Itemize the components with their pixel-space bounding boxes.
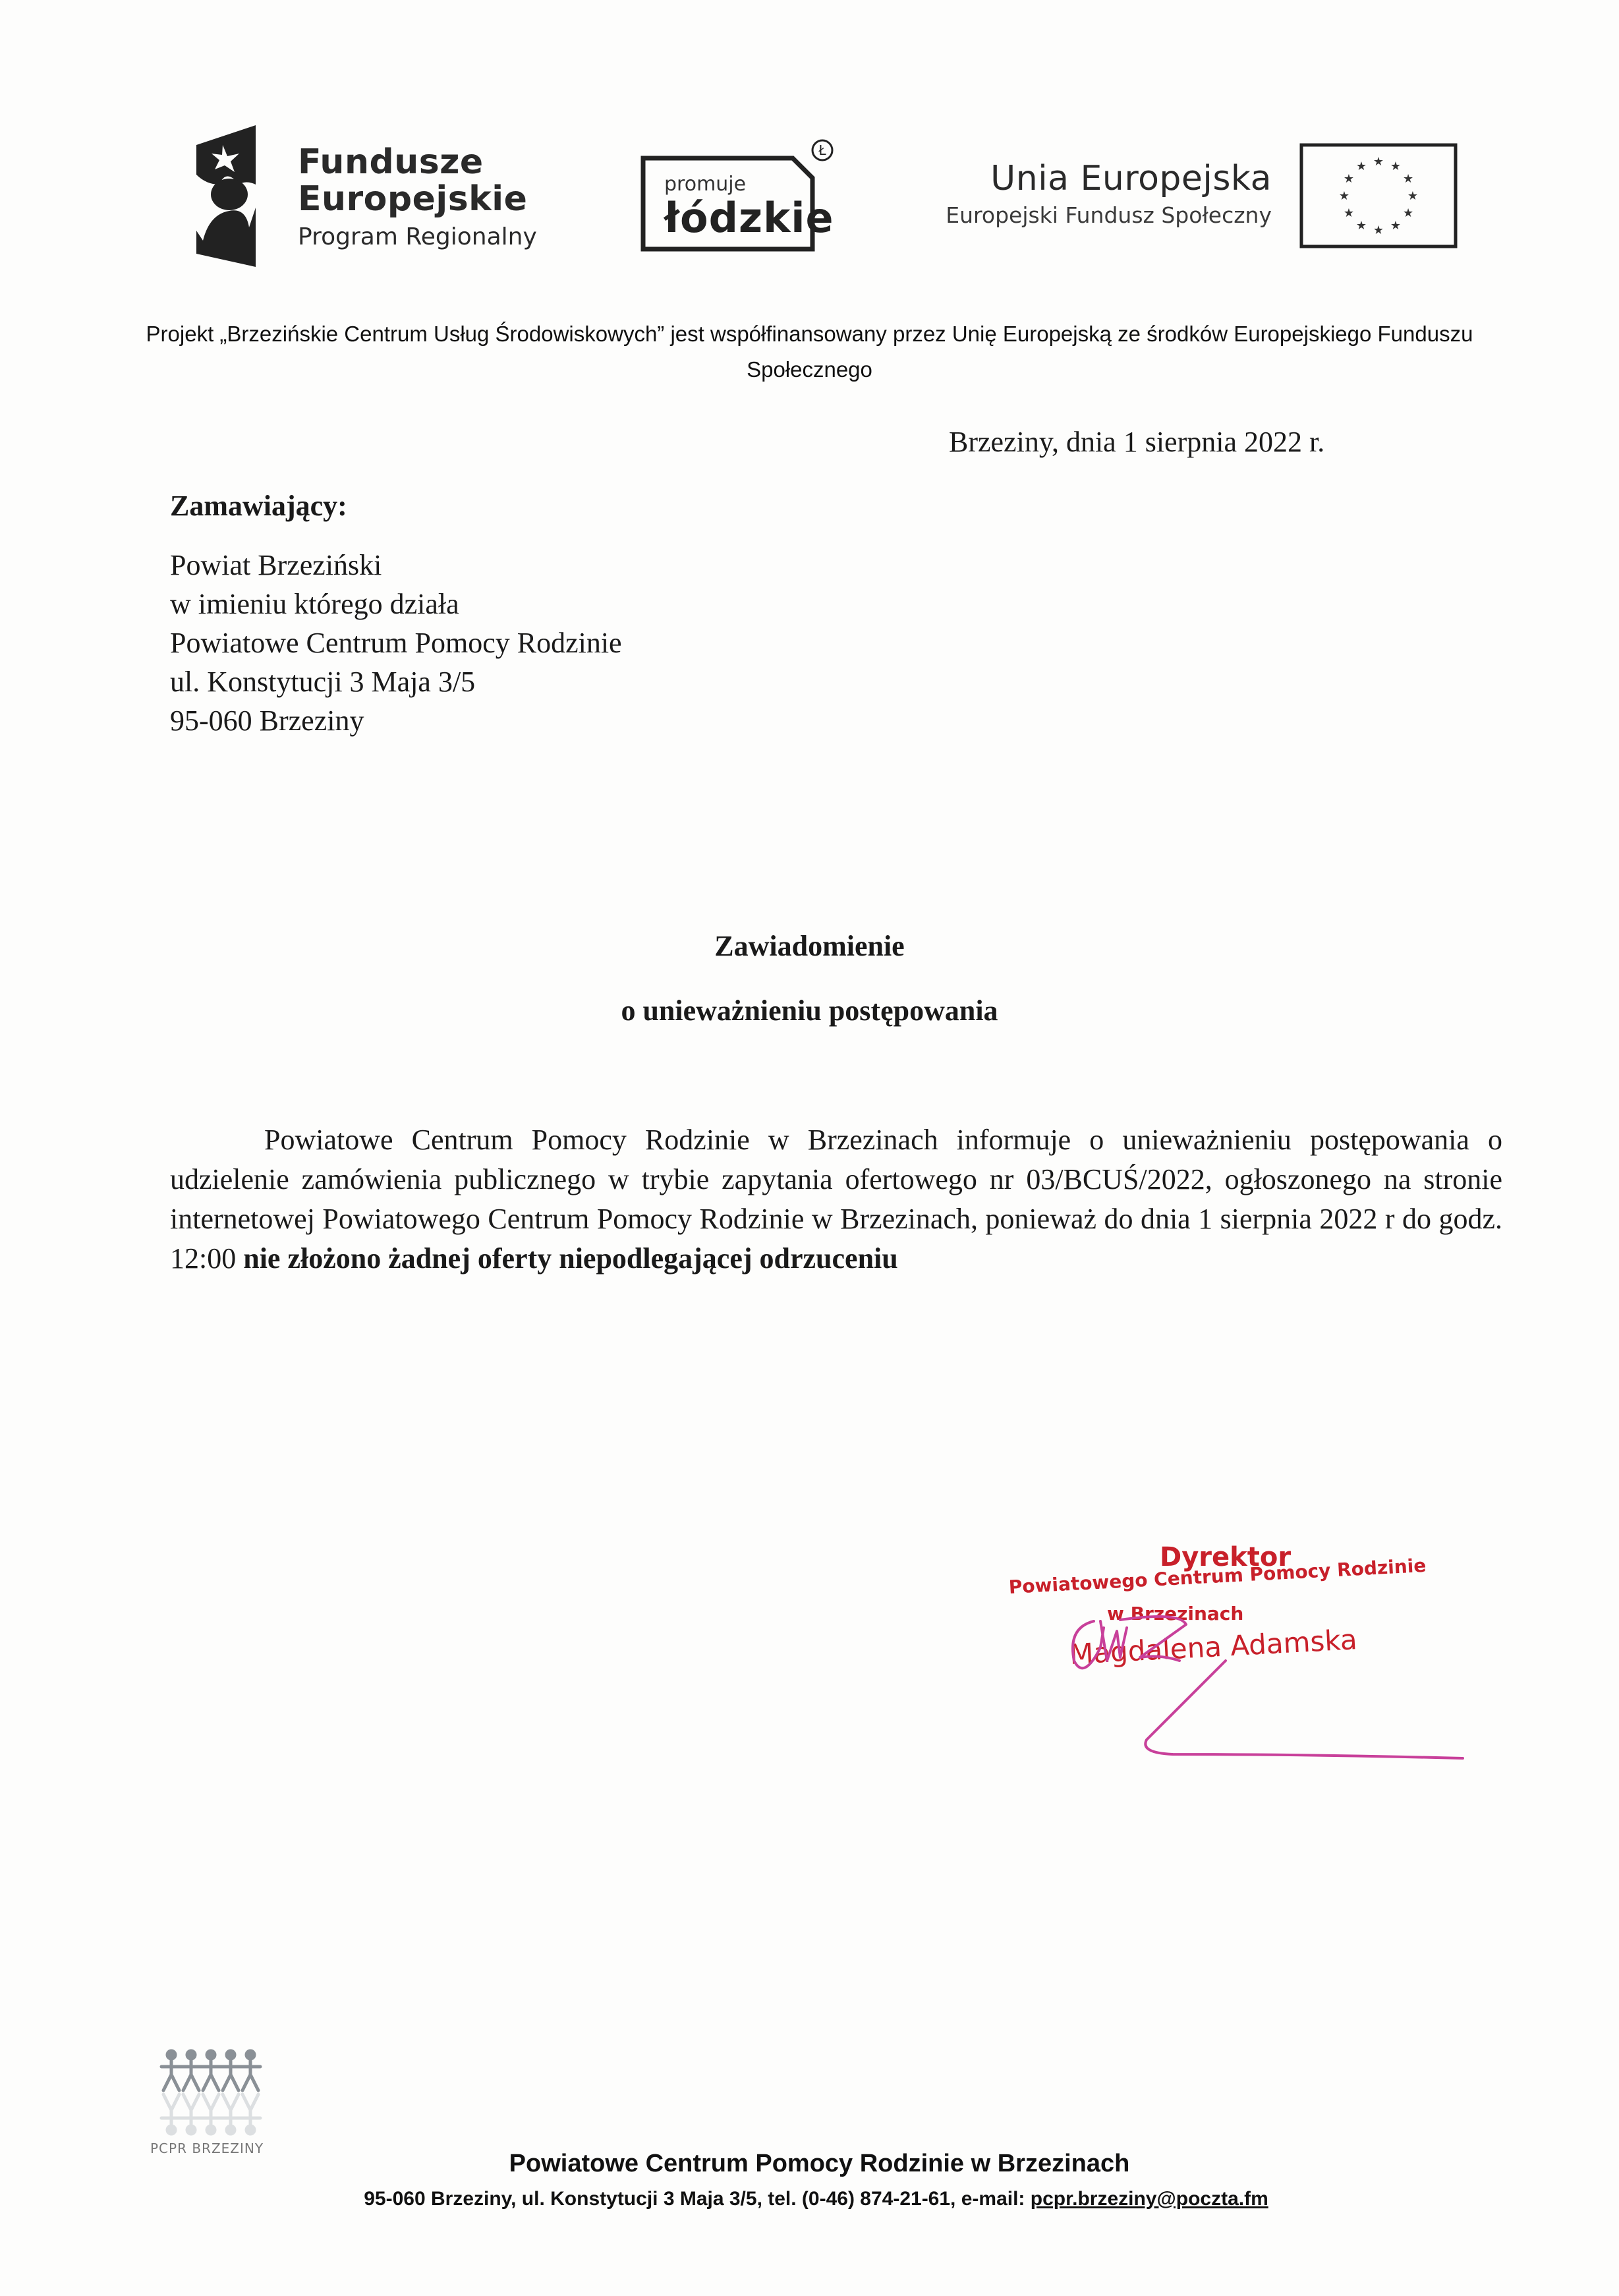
orderer-line: 95-060 Brzeziny bbox=[170, 701, 622, 740]
svg-text:★: ★ bbox=[1373, 155, 1384, 169]
svg-text:★: ★ bbox=[1390, 219, 1401, 233]
orderer-block: Zamawiający: Powiat Brzeziński w imieniu… bbox=[170, 486, 622, 740]
document-title: Zawiadomienie bbox=[0, 929, 1619, 963]
fe-line3: Program Regionalny bbox=[298, 220, 537, 254]
svg-text:★: ★ bbox=[1344, 172, 1354, 186]
orderer-line: Powiat Brzeziński bbox=[170, 546, 622, 585]
eu-subtitle: Europejski Fundusz Społeczny bbox=[923, 199, 1272, 232]
footer-institution-name: Powiatowe Centrum Pomocy Rodzinie w Brze… bbox=[0, 2150, 1619, 2178]
svg-text:★: ★ bbox=[1407, 189, 1418, 203]
pcpr-people-logo-icon bbox=[148, 2043, 267, 2148]
fundusze-europejskie-wordmark: Fundusze Europejskie Program Regionalny bbox=[298, 144, 537, 254]
footer-address: 95-060 Brzeziny, ul. Konstytucji 3 Maja … bbox=[364, 2188, 1031, 2210]
document-body: Powiatowe Centrum Pomocy Rodzinie w Brze… bbox=[170, 1120, 1502, 1278]
eu-wordmark: Unia Europejska Europejski Fundusz Społe… bbox=[923, 158, 1272, 232]
eu-title: Unia Europejska bbox=[923, 158, 1272, 199]
lodzkie-small-text: promuje bbox=[664, 173, 746, 196]
orderer-line: ul. Konstytucji 3 Maja 3/5 bbox=[170, 662, 622, 701]
svg-text:★: ★ bbox=[1390, 159, 1401, 173]
fe-line1: Fundusze bbox=[298, 144, 537, 181]
lodzkie-l-circle-icon: Ł bbox=[818, 142, 826, 158]
svg-text:★: ★ bbox=[1373, 223, 1384, 237]
document-date: Brzeziny, dnia 1 sierpnia 2022 r. bbox=[949, 425, 1324, 459]
handwritten-signature-icon bbox=[1028, 1608, 1502, 1766]
footer-email-link[interactable]: pcpr.brzeziny@poczta.fm bbox=[1031, 2188, 1268, 2210]
footer-contact: 95-060 Brzeziny, ul. Konstytucji 3 Maja … bbox=[0, 2188, 1619, 2210]
svg-text:★: ★ bbox=[1356, 219, 1367, 233]
orderer-label: Zamawiający: bbox=[170, 486, 622, 525]
promuje-lodzkie-logo: Ł promuje łódzkie bbox=[638, 138, 836, 257]
orderer-line: Powiatowe Centrum Pomocy Rodzinie bbox=[170, 623, 622, 662]
document-subtitle: o unieważnieniu postępowania bbox=[0, 994, 1619, 1027]
lodzkie-big-text: łódzkie bbox=[664, 194, 834, 242]
eu-flag-icon: ★★★★★★★★★★★★ bbox=[1299, 143, 1458, 248]
svg-text:★: ★ bbox=[1344, 206, 1354, 220]
orderer-line: w imieniu którego działa bbox=[170, 585, 622, 623]
svg-text:★: ★ bbox=[1403, 206, 1413, 220]
project-cofinancing-note: Projekt „Brzezińskie Centrum Usług Środo… bbox=[132, 316, 1487, 387]
svg-text:★: ★ bbox=[1356, 159, 1367, 173]
svg-text:★: ★ bbox=[1339, 189, 1349, 203]
body-bold-text: nie złożono żadnej oferty niepodlegające… bbox=[243, 1242, 898, 1275]
fe-line2: Europejskie bbox=[298, 181, 537, 217]
svg-text:★: ★ bbox=[1403, 172, 1413, 186]
fundusze-europejskie-logo-icon bbox=[193, 122, 259, 267]
